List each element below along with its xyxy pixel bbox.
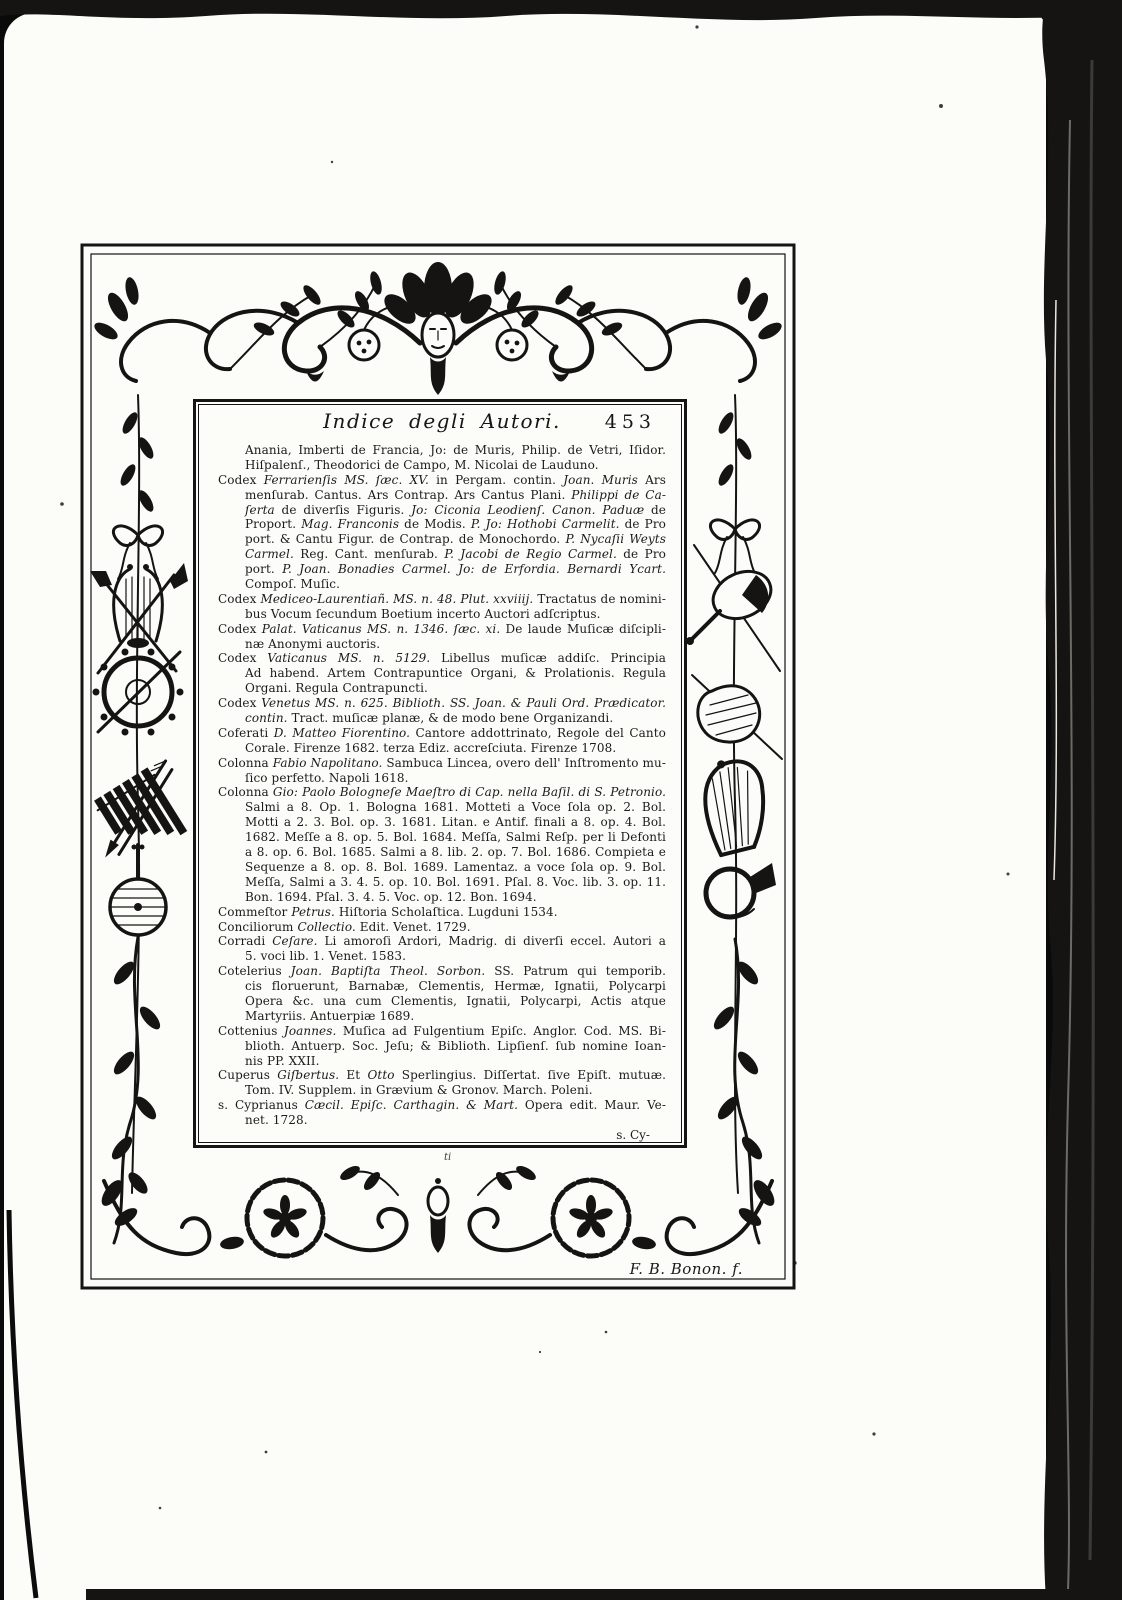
index-line: Corradi Ceſare. Li amoroſi Ardori, Madri…	[218, 934, 666, 949]
index-entry: Commeſtor Petrus. Hiſtoria Scholaſtica. …	[218, 905, 666, 920]
index-line: Corale. Firenze 1682. terza Ediz. accreſ…	[218, 741, 666, 756]
catchword: s. Cy-	[218, 1128, 666, 1143]
roman-text: Edit. Venet. 1729.	[356, 920, 471, 934]
index-entry: Coferati D. Matteo Fiorentino. Cantore a…	[218, 726, 666, 756]
index-line: Anania, Imberti de Francia, Jo: de Muris…	[218, 443, 666, 458]
roman-text: Codex	[218, 473, 264, 487]
index-line: Martyriis. Antuerpiæ 1689.	[218, 1009, 666, 1024]
roman-text: ſico perfetto. Napoli 1618.	[245, 771, 409, 785]
scanned-book-page: { "page": { "title": "Indice degli Autor…	[0, 0, 1122, 1600]
index-line: Motti a 2. 3. Bol. op. 3. 1681. Litan. e…	[218, 815, 666, 830]
roman-text: Colonna	[218, 756, 273, 770]
roman-text: Proport.	[245, 517, 301, 531]
roman-text: s. Cyprianus	[218, 1098, 305, 1112]
roman-text: Coferati	[218, 726, 274, 740]
index-line: 5. voci lib. 1. Venet. 1583.	[218, 949, 666, 964]
roman-text: Codex	[218, 696, 261, 710]
roman-text: Meſſa, Salmi a 3. 4. 5. op. 10. Bol. 169…	[245, 875, 666, 889]
roman-text: de Modis.	[399, 517, 471, 531]
italic-text: P. Jo: Hothobi Carmelit.	[471, 517, 620, 531]
roman-text: Compoſ. Muſic.	[245, 577, 340, 591]
roman-text: Conciliorum	[218, 920, 297, 934]
italic-text: Cæcil. Epiſc. Carthagin. & Mart.	[305, 1098, 518, 1112]
roman-text: Cantore addottrinato, Regole del Canto	[410, 726, 666, 740]
index-line: Codex Venetus MS. n. 625. Biblioth. SS. …	[218, 696, 666, 711]
index-line: Sequenze a 8. op. 8. Bol. 1689. Lamentaz…	[218, 860, 666, 875]
roman-text: nis PP. XXII.	[245, 1054, 320, 1068]
index-line: Conciliorum Collectio. Edit. Venet. 1729…	[218, 920, 666, 935]
index-line: næ Anonymi auctoris.	[218, 637, 666, 652]
roman-text: 1682. Meſſe a 8. op. 5. Bol. 1684. Meſſa…	[245, 830, 666, 844]
page-title: Indice degli Autori.	[323, 409, 561, 433]
roman-text: Cotelerius	[218, 964, 291, 978]
italic-text: Joannes.	[284, 1024, 337, 1038]
scan-gutter-band	[1042, 0, 1122, 1600]
italic-text: Joan. Muris	[563, 473, 638, 487]
roman-text: net. 1728.	[245, 1113, 308, 1127]
index-line: Tom. IV. Supplem. in Grævium & Gronov. M…	[218, 1083, 666, 1098]
italic-text: Collectio.	[297, 920, 355, 934]
index-line: Codex Ferrarienſis MS. ſæc. XV. in Perga…	[218, 473, 666, 488]
roman-text: a 8. op. 6. Bol. 1685. Salmi a 8. lib. 2…	[245, 845, 666, 859]
italic-text: Petrus.	[291, 905, 335, 919]
index-line: Opera &c. una cum Clementis, Ignatii, Po…	[218, 994, 666, 1009]
italic-text: Venetus MS. n. 625. Biblioth. SS. Joan. …	[261, 696, 666, 710]
index-entry: Codex Vaticanus MS. n. 5129. Libellus mu…	[218, 651, 666, 696]
index-line: Cottenius Joannes. Muſica ad Fulgentium …	[218, 1024, 666, 1039]
roman-text: de Pro	[617, 547, 666, 561]
index-line: 1682. Meſſe a 8. op. 5. Bol. 1684. Meſſa…	[218, 830, 666, 845]
roman-text: Reg. Cant. menſurab.	[294, 547, 444, 561]
index-entry: Cottenius Joannes. Muſica ad Fulgentium …	[218, 1024, 666, 1069]
index-line: net. 1728.	[218, 1113, 666, 1128]
italic-text: contin.	[245, 711, 288, 725]
index-line: Cuperus Giſbertus. Et Otto Sperlingius. …	[218, 1068, 666, 1083]
index-line: ſerta de diverſis Figuris. Jo: Ciconia L…	[218, 503, 666, 518]
index-entry: Corradi Ceſare. Li amoroſi Ardori, Madri…	[218, 934, 666, 964]
roman-text: cis floruerunt, Barnabæ, Clementis, Herm…	[245, 979, 666, 993]
index-line: Proport. Mag. Franconis de Modis. P. Jo:…	[218, 517, 666, 532]
index-line: Ad habend. Artem Contrapuntice Organi, &…	[218, 666, 666, 681]
italic-text: Joan. Baptiſta Theol. Sorbon.	[291, 964, 486, 978]
index-entry: Cuperus Giſbertus. Et Otto Sperlingius. …	[218, 1068, 666, 1098]
index-line: Hiſpalenſ., Theodorici de Campo, M. Nico…	[218, 458, 666, 473]
italic-text: Palat. Vaticanus MS. n. 1346. ſæc. xi.	[262, 622, 501, 636]
italic-text: P. Joan. Bonadies Carmel. Jo: de Erfordi…	[282, 562, 560, 576]
author-index-list: Anania, Imberti de Francia, Jo: de Muris…	[218, 443, 666, 1128]
roman-text: Hiſpalenſ., Theodorici de Campo, M. Nico…	[245, 458, 599, 472]
index-line: Salmi a 8. Op. 1. Bologna 1681. Motteti …	[218, 800, 666, 815]
roman-text: menſurab. Cantus. Ars Contrap. Ars Cantu…	[245, 488, 571, 502]
index-line: Codex Vaticanus MS. n. 5129. Libellus mu…	[218, 651, 666, 666]
index-entry: Codex Mediceo-Laurentiañ. MS. n. 48. Plu…	[218, 592, 666, 622]
roman-text: de Pro	[620, 517, 666, 531]
index-line: cis floruerunt, Barnabæ, Clementis, Herm…	[218, 979, 666, 994]
roman-text: de	[644, 503, 666, 517]
italic-text: ſerta	[245, 503, 275, 517]
index-line: menſurab. Cantus. Ars Contrap. Ars Cantu…	[218, 488, 666, 503]
italic-text: Ceſare.	[272, 934, 317, 948]
index-entry: Conciliorum Collectio. Edit. Venet. 1729…	[218, 920, 666, 935]
roman-text: Tom. IV. Supplem. in Grævium & Gronov. M…	[245, 1083, 593, 1097]
roman-text: bus Vocum ſecundum Boetium incerto Aucto…	[245, 607, 601, 621]
index-entry: Colonna Gio: Paolo Bologneſe Maeſtro di …	[218, 785, 666, 904]
italic-text: P. Nycaſii Weyts	[565, 532, 666, 546]
roman-text: Muſica ad Fulgentium Epiſc. Anglor. Cod.…	[336, 1024, 666, 1038]
index-entry: Codex Ferrarienſis MS. ſæc. XV. in Perga…	[218, 473, 666, 592]
italic-text: Otto	[367, 1068, 394, 1082]
roman-text: Colonna	[218, 785, 273, 799]
roman-text: Organi. Regula Contrapuncti.	[245, 681, 428, 695]
index-line: a 8. op. 6. Bol. 1685. Salmi a 8. lib. 2…	[218, 845, 666, 860]
roman-text: Corale. Firenze 1682. terza Ediz. accreſ…	[245, 741, 616, 755]
page-number: 453	[605, 411, 656, 433]
roman-text: Sambuca Lincea, overo dell' Inſtromento …	[382, 756, 666, 770]
roman-text: Sequenze a 8. op. 8. Bol. 1689. Lamentaz…	[245, 860, 666, 875]
italic-text: D. Matteo Fiorentino.	[274, 726, 410, 740]
index-entry: Codex Venetus MS. n. 625. Biblioth. SS. …	[218, 696, 666, 726]
italic-text: Jo: Ciconia Leodienſ. Canon. Paduæ	[411, 503, 644, 517]
italic-text: Bernardi Ycart.	[567, 562, 666, 576]
gutter-streak	[1054, 300, 1056, 880]
roman-text: port. & Cantu Figur. de Contrap. de Mono…	[245, 532, 565, 546]
index-line: s. Cyprianus Cæcil. Epiſc. Carthagin. & …	[218, 1098, 666, 1113]
roman-text: Cottenius	[218, 1024, 284, 1038]
index-line: Codex Palat. Vaticanus MS. n. 1346. ſæc.…	[218, 622, 666, 637]
roman-text: næ Anonymi auctoris.	[245, 637, 380, 651]
roman-text: Codex	[218, 651, 267, 665]
roman-text: Et	[339, 1068, 367, 1082]
roman-text: Corradi	[218, 934, 272, 948]
italic-text: Vaticanus MS. n. 5129.	[267, 651, 430, 665]
index-line: Commeſtor Petrus. Hiſtoria Scholaſtica. …	[218, 905, 666, 920]
index-entry: Cotelerius Joan. Baptiſta Theol. Sorbon.…	[218, 964, 666, 1024]
index-line: Meſſa, Salmi a 3. 4. 5. op. 10. Bol. 169…	[218, 875, 666, 890]
index-line: contin. Tract. muſicæ planæ, & de modo b…	[218, 711, 666, 726]
italic-text: Gio: Paolo Bologneſe Maeſtro di Cap. nel…	[273, 785, 666, 799]
roman-text: Tract. muſicæ planæ, & de modo bene Orga…	[288, 711, 614, 725]
roman-text: Opera edit. Maur. Ve-	[518, 1098, 666, 1112]
text-box: Indice degli Autori. 453 Anania, Imberti…	[193, 399, 687, 1148]
italic-text: Fabio Napolitano.	[273, 756, 383, 770]
index-line: Bon. 1694. Pſal. 3. 4. 5. Voc. op. 12. B…	[218, 890, 666, 905]
italic-text: Ferrarienſis MS. ſæc. XV.	[264, 473, 429, 487]
text-area: Indice degli Autori. 453 Anania, Imberti…	[218, 402, 666, 1145]
roman-text: Tractatus de nomini-	[533, 592, 666, 606]
index-line: Colonna Gio: Paolo Bologneſe Maeſtro di …	[218, 785, 666, 800]
roman-text: Commeſtor	[218, 905, 291, 919]
roman-text: Cuperus	[218, 1068, 277, 1082]
index-entry: Codex Palat. Vaticanus MS. n. 1346. ſæc.…	[218, 622, 666, 652]
roman-text: Codex	[218, 592, 260, 606]
index-entry: s. Cyprianus Cæcil. Epiſc. Carthagin. & …	[218, 1098, 666, 1128]
roman-text: Martyriis. Antuerpiæ 1689.	[245, 1009, 414, 1023]
roman-text: Anania, Imberti de Francia, Jo: de Muris…	[245, 443, 666, 457]
index-entry: Anania, Imberti de Francia, Jo: de Muris…	[218, 443, 666, 473]
italic-text: Carmel.	[245, 547, 294, 561]
roman-text: 5. voci lib. 1. Venet. 1583.	[245, 949, 406, 963]
roman-text: port.	[245, 562, 282, 576]
index-line: nis PP. XXII.	[218, 1054, 666, 1069]
italic-text: Philippi de Ca-	[571, 488, 666, 502]
roman-text: in Pergam. contin.	[429, 473, 563, 487]
index-line: blioth. Antuerp. Soc. Jeſu; & Biblioth. …	[218, 1039, 666, 1054]
roman-text: Li amoroſi Ardori, Madrig. di diverſi ec…	[317, 934, 666, 948]
running-head: Indice degli Autori. 453	[218, 402, 666, 443]
italic-text: P. Jacobi de Regio Carmel.	[444, 547, 617, 561]
italic-text: Giſbertus.	[277, 1068, 339, 1082]
italic-text: Mag. Franconis	[301, 517, 399, 531]
index-line: Organi. Regula Contrapuncti.	[218, 681, 666, 696]
index-line: ſico perfetto. Napoli 1618.	[218, 771, 666, 786]
index-line: bus Vocum ſecundum Boetium incerto Aucto…	[218, 607, 666, 622]
roman-text: De laude Muſicæ diſcipli-	[500, 622, 666, 636]
gutter-streak	[1090, 60, 1093, 1560]
index-line: Cotelerius Joan. Baptiſta Theol. Sorbon.…	[218, 964, 666, 979]
index-line: Coferati D. Matteo Fiorentino. Cantore a…	[218, 726, 666, 741]
gutter-streak	[1066, 120, 1072, 1590]
index-line: Carmel. Reg. Cant. menſurab. P. Jacobi d…	[218, 547, 666, 562]
roman-text: Ad habend. Artem Contrapuntice Organi, &…	[245, 666, 666, 680]
index-line: Codex Mediceo-Laurentiañ. MS. n. 48. Plu…	[218, 592, 666, 607]
roman-text: blioth. Antuerp. Soc. Jeſu; & Biblioth. …	[245, 1039, 666, 1053]
index-line: port. P. Joan. Bonadies Carmel. Jo: de E…	[218, 562, 666, 577]
roman-text: Hiſtoria Scholaſtica. Lugduni 1534.	[335, 905, 558, 919]
roman-text: Motti a 2. 3. Bol. op. 3. 1681. Litan. e…	[245, 815, 666, 829]
italic-text: Mediceo-Laurentiañ. MS. n. 48. Plut. xxv…	[260, 592, 533, 606]
roman-text: de diverſis Figuris.	[275, 503, 411, 517]
roman-text: Bon. 1694. Pſal. 3. 4. 5. Voc. op. 12. B…	[245, 890, 537, 904]
index-line: Compoſ. Muſic.	[218, 577, 666, 592]
roman-text: Opera &c. una cum Clementis, Ignatii, Po…	[245, 994, 666, 1008]
roman-text: Salmi a 8. Op. 1. Bologna 1681. Motteti …	[245, 800, 666, 815]
index-line: Colonna Fabio Napolitano. Sambuca Lincea…	[218, 756, 666, 771]
index-line: port. & Cantu Figur. de Contrap. de Mono…	[218, 532, 666, 547]
roman-text: Codex	[218, 622, 262, 636]
index-entry: Colonna Fabio Napolitano. Sambuca Lincea…	[218, 756, 666, 786]
